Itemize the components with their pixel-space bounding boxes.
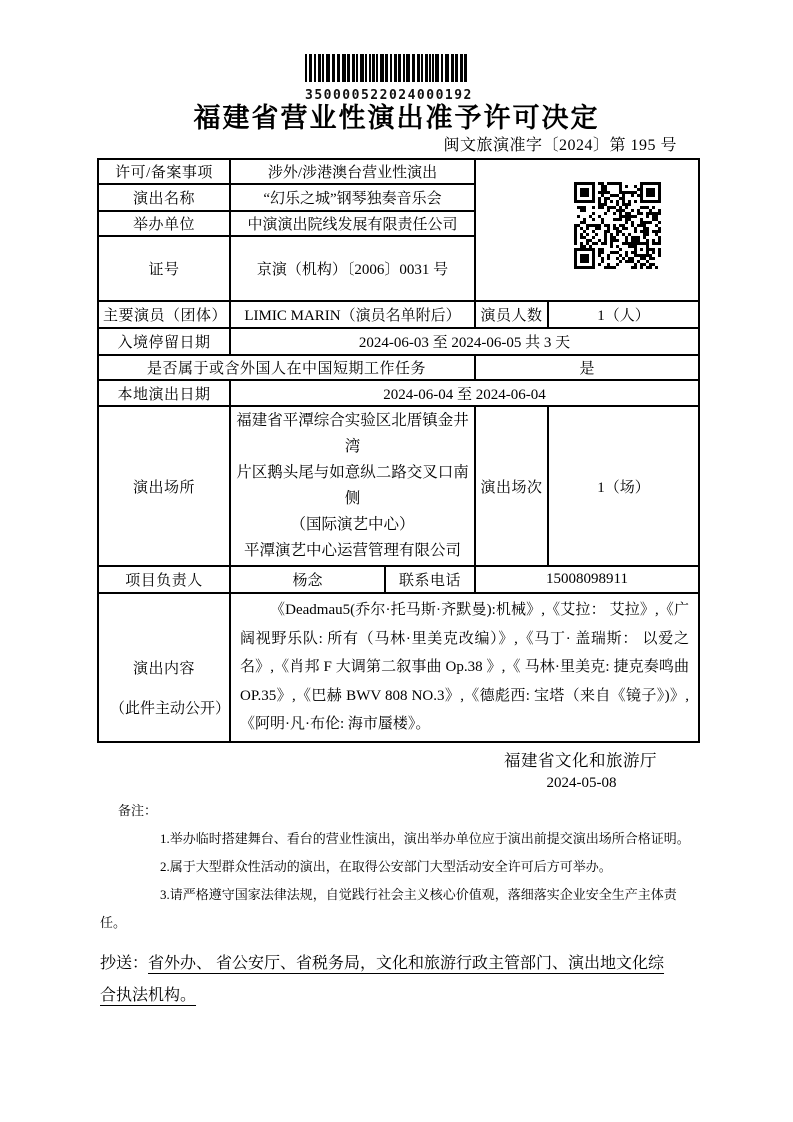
cert-no-label: 证号 xyxy=(98,236,230,301)
performers-label: 主要演员（团体） xyxy=(98,301,230,328)
permit-item-value: 涉外/涉港澳台营业性演出 xyxy=(230,159,475,184)
page-title: 福建省营业性演出准予许可决定 xyxy=(0,96,793,135)
entry-stay-label: 入境停留日期 xyxy=(98,328,230,355)
table-row: 演出内容 《Deadmau5(乔尔·托马斯·齐默曼):机械》,《艾拉： 艾拉》,… xyxy=(98,593,699,742)
document-number: 闽文旅演准字〔2024〕第 195 号 xyxy=(443,132,677,155)
venue-value: 福建省平潭综合实验区北厝镇金井湾 片区鹅头尾与如意纵二路交叉口南侧 （国际演艺中… xyxy=(230,406,475,566)
show-count-value: 1（场） xyxy=(548,406,699,566)
table-row: 入境停留日期 2024-06-03 至 2024-06-05 共 3 天 xyxy=(98,328,699,355)
phone-label: 联系电话 xyxy=(385,566,475,593)
qr-cell xyxy=(475,159,699,301)
disclosure-note: （此件主动公开） xyxy=(110,697,230,718)
content-value: 《Deadmau5(乔尔·托马斯·齐默曼):机械》,《艾拉： 艾拉》,《广阔视野… xyxy=(230,593,699,742)
barcode-icon xyxy=(305,54,467,82)
table-row: 是否属于或含外国人在中国短期工作任务 是 xyxy=(98,355,699,380)
cc-section: 抄送：省外办、 省公安厅、省税务局，文化和旅游行政主管部门、演出地文化综合执法机… xyxy=(100,948,665,1012)
content-text: 《Deadmau5(乔尔·托马斯·齐默曼):机械》,《艾拉： 艾拉》,《广阔视野… xyxy=(240,596,689,739)
table-row: 项目负责人 杨念 联系电话 15008098911 xyxy=(98,566,699,593)
venue-line: 片区鹅头尾与如意纵二路交叉口南侧 xyxy=(235,460,470,512)
cert-no-value: 京演（机构）〔2006〕0031 号 xyxy=(230,236,475,301)
show-count-label: 演出场次 xyxy=(475,406,548,566)
organizer-value: 中演演出院线发展有限责任公司 xyxy=(230,211,475,236)
qr-code-icon xyxy=(574,182,661,269)
phone-value: 15008098911 xyxy=(475,566,699,593)
document-page: 350000522024000192 福建省营业性演出准予许可决定 闽文旅演准字… xyxy=(0,0,793,1122)
performer-count-label: 演员人数 xyxy=(475,301,548,328)
note-item: 3.请严格遵守国家法律法规，自觉践行社会主义核心价值观，落细落实企业安全生产主体… xyxy=(100,881,698,937)
venue-label: 演出场所 xyxy=(98,406,230,566)
show-name-label: 演出名称 xyxy=(98,184,230,211)
table-row: 许可/备案事项 涉外/涉港澳台营业性演出 xyxy=(98,159,699,184)
note-item: 1.举办临时搭建舞台、看台的营业性演出，演出举办单位应于演出前提交演出场所合格证… xyxy=(100,825,698,853)
cc-label: 抄送： xyxy=(100,955,148,972)
manager-label: 项目负责人 xyxy=(98,566,230,593)
issuing-authority: 福建省文化和旅游厅 xyxy=(504,747,657,771)
cc-list: 省外办、 省公安厅、省税务局，文化和旅游行政主管部门、演出地文化综合执法机构。 xyxy=(100,955,664,1004)
table-row: 演出场所 福建省平潭综合实验区北厝镇金井湾 片区鹅头尾与如意纵二路交叉口南侧 （… xyxy=(98,406,699,566)
show-name-value: “幻乐之城”钢琴独奏音乐会 xyxy=(230,184,475,211)
venue-line: 福建省平潭综合实验区北厝镇金井湾 xyxy=(235,408,470,460)
entry-stay-value: 2024-06-03 至 2024-06-05 共 3 天 xyxy=(230,328,699,355)
permit-table: 许可/备案事项 涉外/涉港澳台营业性演出 演出名称 “幻乐之城”钢琴独奏音乐会 … xyxy=(97,158,700,743)
local-dates-label: 本地演出日期 xyxy=(98,380,230,406)
note-item: 2.属于大型群众性活动的演出，在取得公安部门大型活动安全许可后方可举办。 xyxy=(100,853,698,881)
manager-value: 杨念 xyxy=(230,566,385,593)
performers-value: LIMIC MARIN（演员名单附后） xyxy=(230,301,475,328)
table-row: 本地演出日期 2024-06-04 至 2024-06-04 xyxy=(98,380,699,406)
notes-label: 备注： xyxy=(100,797,698,825)
organizer-label: 举办单位 xyxy=(98,211,230,236)
short-term-work-label: 是否属于或含外国人在中国短期工作任务 xyxy=(98,355,475,380)
venue-line: （国际演艺中心） xyxy=(235,512,470,538)
permit-item-label: 许可/备案事项 xyxy=(98,159,230,184)
issue-date: 2024-05-08 xyxy=(504,775,659,792)
venue-line: 平潭演艺中心运营管理有限公司 xyxy=(235,538,470,564)
short-term-work-value: 是 xyxy=(475,355,699,380)
local-dates-value: 2024-06-04 至 2024-06-04 xyxy=(230,380,699,406)
content-label: 演出内容 xyxy=(98,593,230,742)
table-row: 主要演员（团体） LIMIC MARIN（演员名单附后） 演员人数 1（人） xyxy=(98,301,699,328)
notes-section: 备注： 1.举办临时搭建舞台、看台的营业性演出，演出举办单位应于演出前提交演出场… xyxy=(100,797,698,937)
performer-count-value: 1（人） xyxy=(548,301,699,328)
